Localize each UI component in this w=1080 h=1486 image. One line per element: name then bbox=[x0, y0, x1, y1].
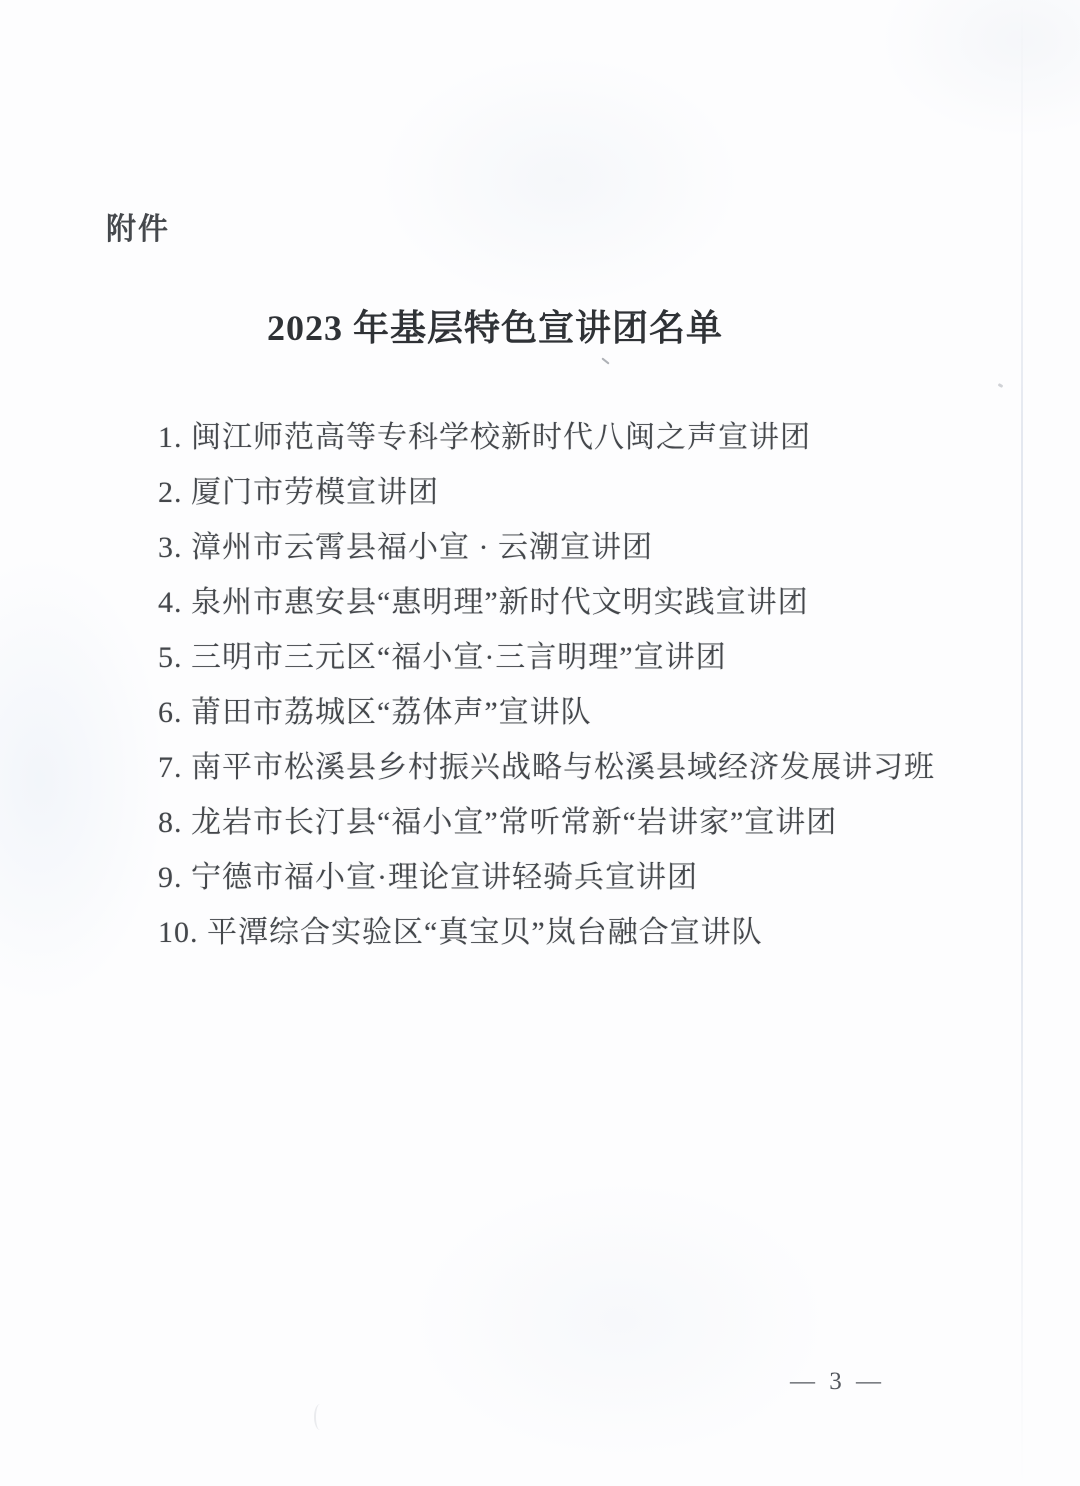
document-title: 2023 年基层特色宣讲团名单 bbox=[0, 300, 1035, 351]
page-number: — 3 — bbox=[790, 1368, 885, 1396]
list-item: 7. 南平市松溪县乡村振兴战略与松溪县域经济发展讲习班 bbox=[158, 740, 935, 795]
list-item: 2. 厦门市劳模宣讲团 bbox=[158, 465, 935, 520]
list-item: 8. 龙岩市长汀县“福小宣”常听常新“岩讲家”宣讲团 bbox=[158, 795, 935, 850]
list-item: 1. 闽江师范高等专科学校新时代八闽之声宣讲团 bbox=[158, 410, 935, 465]
scan-speck bbox=[998, 383, 1004, 388]
scanned-document-page: 附件 2023 年基层特色宣讲团名单 1. 闽江师范高等专科学校新时代八闽之声宣… bbox=[0, 0, 1080, 1486]
list-item: 5. 三明市三元区“福小宣·三言明理”宣讲团 bbox=[158, 630, 935, 685]
list-item: 4. 泉州市惠安县“惠明理”新时代文明实践宣讲团 bbox=[158, 575, 935, 630]
list-item: 3. 漳州市云霄县福小宣 · 云潮宣讲团 bbox=[158, 520, 935, 575]
attachment-label: 附件 bbox=[106, 204, 170, 248]
list-item: 6. 莆田市荔城区“荔体声”宣讲队 bbox=[158, 685, 935, 740]
list-item: 9. 宁德市福小宣·理论宣讲轻骑兵宣讲团 bbox=[158, 850, 935, 905]
list-item: 10. 平潭综合实验区“真宝贝”岚台融合宣讲队 bbox=[158, 905, 935, 960]
scan-tick-mark bbox=[601, 357, 609, 364]
lecture-group-list: 1. 闽江师范高等专科学校新时代八闽之声宣讲团 2. 厦门市劳模宣讲团 3. 漳… bbox=[158, 410, 935, 960]
scan-smudge bbox=[314, 1404, 326, 1430]
scan-crease-line bbox=[1021, 0, 1023, 1486]
